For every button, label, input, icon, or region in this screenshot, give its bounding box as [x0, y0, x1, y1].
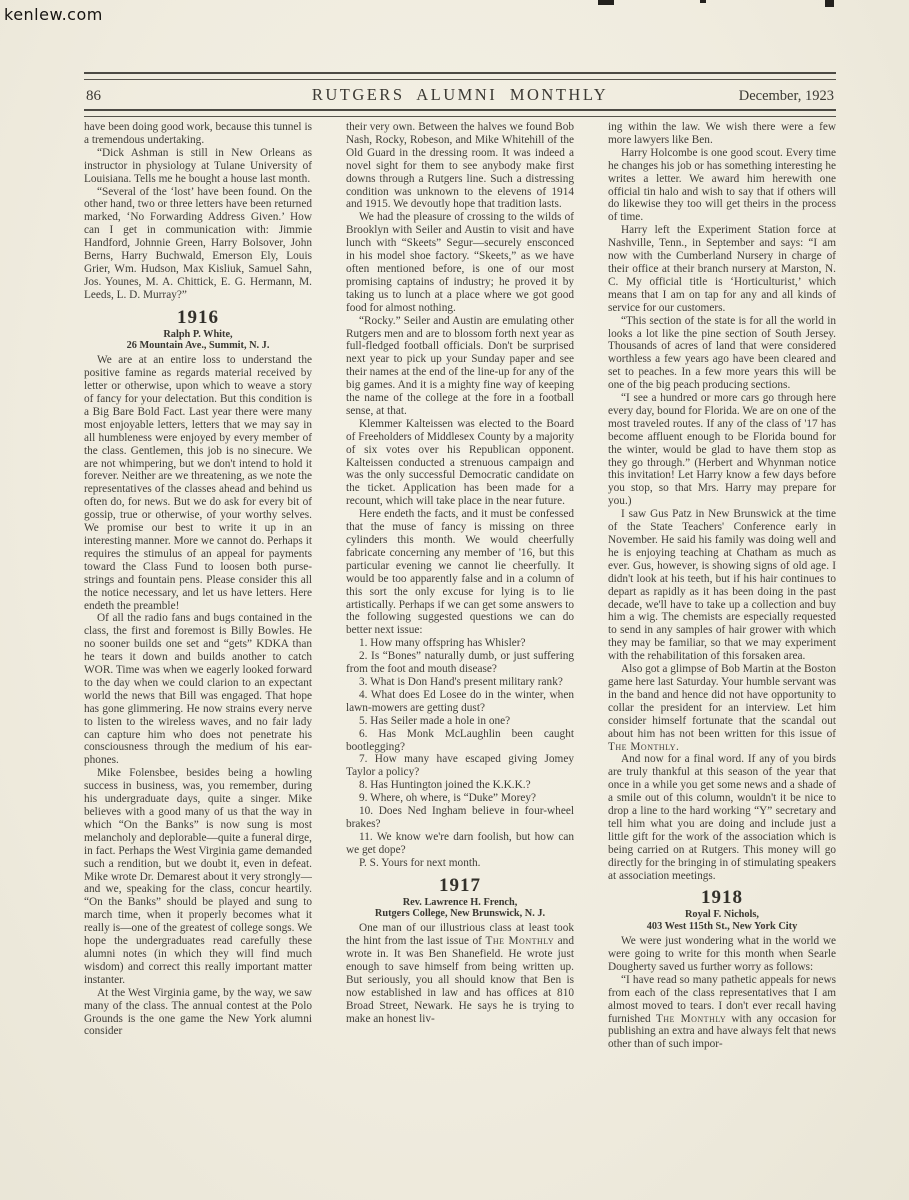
paragraph: “Dick Ashman is still in New Orleans as …	[84, 147, 312, 186]
monthly-smallcaps: The Monthly	[608, 741, 676, 753]
masthead-bottom-rule	[84, 109, 836, 117]
class-secretary-byline: Ralph P. White,26 Mountain Ave., Summit,…	[84, 329, 312, 353]
question-item: 4. What does Ed Losee do in the winter, …	[346, 689, 574, 715]
text-columns: have been doing good work, because this …	[84, 121, 836, 1199]
issue-date: December, 1923	[714, 88, 834, 105]
byline-line: Rutgers College, New Brunswick, N. J.	[346, 908, 574, 920]
byline-line: Rev. Lawrence H. French,	[346, 897, 574, 909]
question-item: 11. We know we're darn foolish, but how …	[346, 831, 574, 857]
masthead: 86 RUTGERS ALUMNI MONTHLY December, 1923	[84, 72, 836, 117]
scanned-magazine-page: { "watermark": "kenlew.com", "header": {…	[0, 0, 909, 1200]
class-year-heading: 1916	[84, 307, 312, 328]
paragraph: At the West Virginia game, by the way, w…	[84, 987, 312, 1039]
paragraph: their very own. Between the halves we fo…	[346, 121, 574, 211]
class-year-heading: 1918	[608, 887, 836, 908]
paragraph: We had the pleasure of crossing to the w…	[346, 211, 574, 314]
paragraph: “I have read so many pathetic appeals fo…	[608, 974, 836, 1051]
paragraph: One man of our illustrious class at leas…	[346, 922, 574, 1025]
journal-title: RUTGERS ALUMNI MONTHLY	[206, 85, 714, 105]
scan-artifact	[700, 0, 706, 3]
masthead-top-rule	[84, 72, 836, 80]
scan-artifact	[598, 0, 614, 5]
class-secretary-byline: Rev. Lawrence H. French,Rutgers College,…	[346, 897, 574, 921]
column-1: have been doing good work, because this …	[84, 121, 312, 1199]
page-background: kenlew.com 86 RUTGERS ALUMNI MONTHLY Dec…	[0, 0, 909, 1200]
paragraph: Harry left the Experiment Station force …	[608, 224, 836, 314]
paragraph: Harry Holcombe is one good scout. Every …	[608, 147, 836, 224]
byline-line: Ralph P. White,	[84, 329, 312, 341]
paragraph: Of all the radio fans and bugs contained…	[84, 612, 312, 767]
question-item: 7. How many have escaped giving Jomey Ta…	[346, 753, 574, 779]
paragraph: Here endeth the facts, and it must be co…	[346, 508, 574, 637]
class-year-heading: 1917	[346, 875, 574, 896]
paragraph: ing within the law. We wish there were a…	[608, 121, 836, 147]
question-item: 10. Does Ned Ingham believe in four-whee…	[346, 805, 574, 831]
byline-line: 26 Mountain Ave., Summit, N. J.	[84, 340, 312, 352]
paragraph: “This section of the state is for all th…	[608, 315, 836, 392]
class-secretary-byline: Royal F. Nichols,403 West 115th St., New…	[608, 909, 836, 933]
paragraph: I saw Gus Patz in New Brunswick at the t…	[608, 508, 836, 663]
paragraph: “Several of the ‘lost’ have been found. …	[84, 186, 312, 302]
question-item: 9. Where, oh where, is “Duke” Morey?	[346, 792, 574, 805]
question-item: 3. What is Don Hand's present military r…	[346, 676, 574, 689]
scan-artifact	[825, 0, 834, 7]
paragraph: Also got a glimpse of Bob Martin at the …	[608, 663, 836, 753]
paragraph: We were just wondering what in the world…	[608, 935, 836, 974]
paragraph: “I see a hundred or more cars go through…	[608, 392, 836, 508]
monthly-smallcaps: The Monthly	[485, 935, 554, 947]
paragraph: “Rocky.” Seiler and Austin are emulating…	[346, 315, 574, 418]
column-2: their very own. Between the halves we fo…	[346, 121, 574, 1199]
paragraph: Klemmer Kalteissen was elected to the Bo…	[346, 418, 574, 508]
paragraph: P. S. Yours for next month.	[346, 857, 574, 870]
paragraph: Mike Folensbee, besides being a howling …	[84, 767, 312, 986]
question-item: 8. Has Huntington joined the K.K.K.?	[346, 779, 574, 792]
column-3: ing within the law. We wish there were a…	[608, 121, 836, 1199]
question-item: 1. How many offspring has Whisler?	[346, 637, 574, 650]
paragraph: have been doing good work, because this …	[84, 121, 312, 147]
watermark: kenlew.com	[4, 5, 103, 24]
page-number: 86	[86, 88, 206, 105]
question-item: 6. Has Monk McLaughlin been caught bootl…	[346, 728, 574, 754]
paragraph: And now for a final word. If any of you …	[608, 753, 836, 882]
byline-line: Royal F. Nichols,	[608, 909, 836, 921]
paragraph: We are at an entire loss to understand t…	[84, 354, 312, 612]
monthly-smallcaps: The Monthly	[656, 1013, 726, 1025]
question-item: 5. Has Seiler made a hole in one?	[346, 715, 574, 728]
question-item: 2. Is “Bones” naturally dumb, or just su…	[346, 650, 574, 676]
byline-line: 403 West 115th St., New York City	[608, 921, 836, 933]
